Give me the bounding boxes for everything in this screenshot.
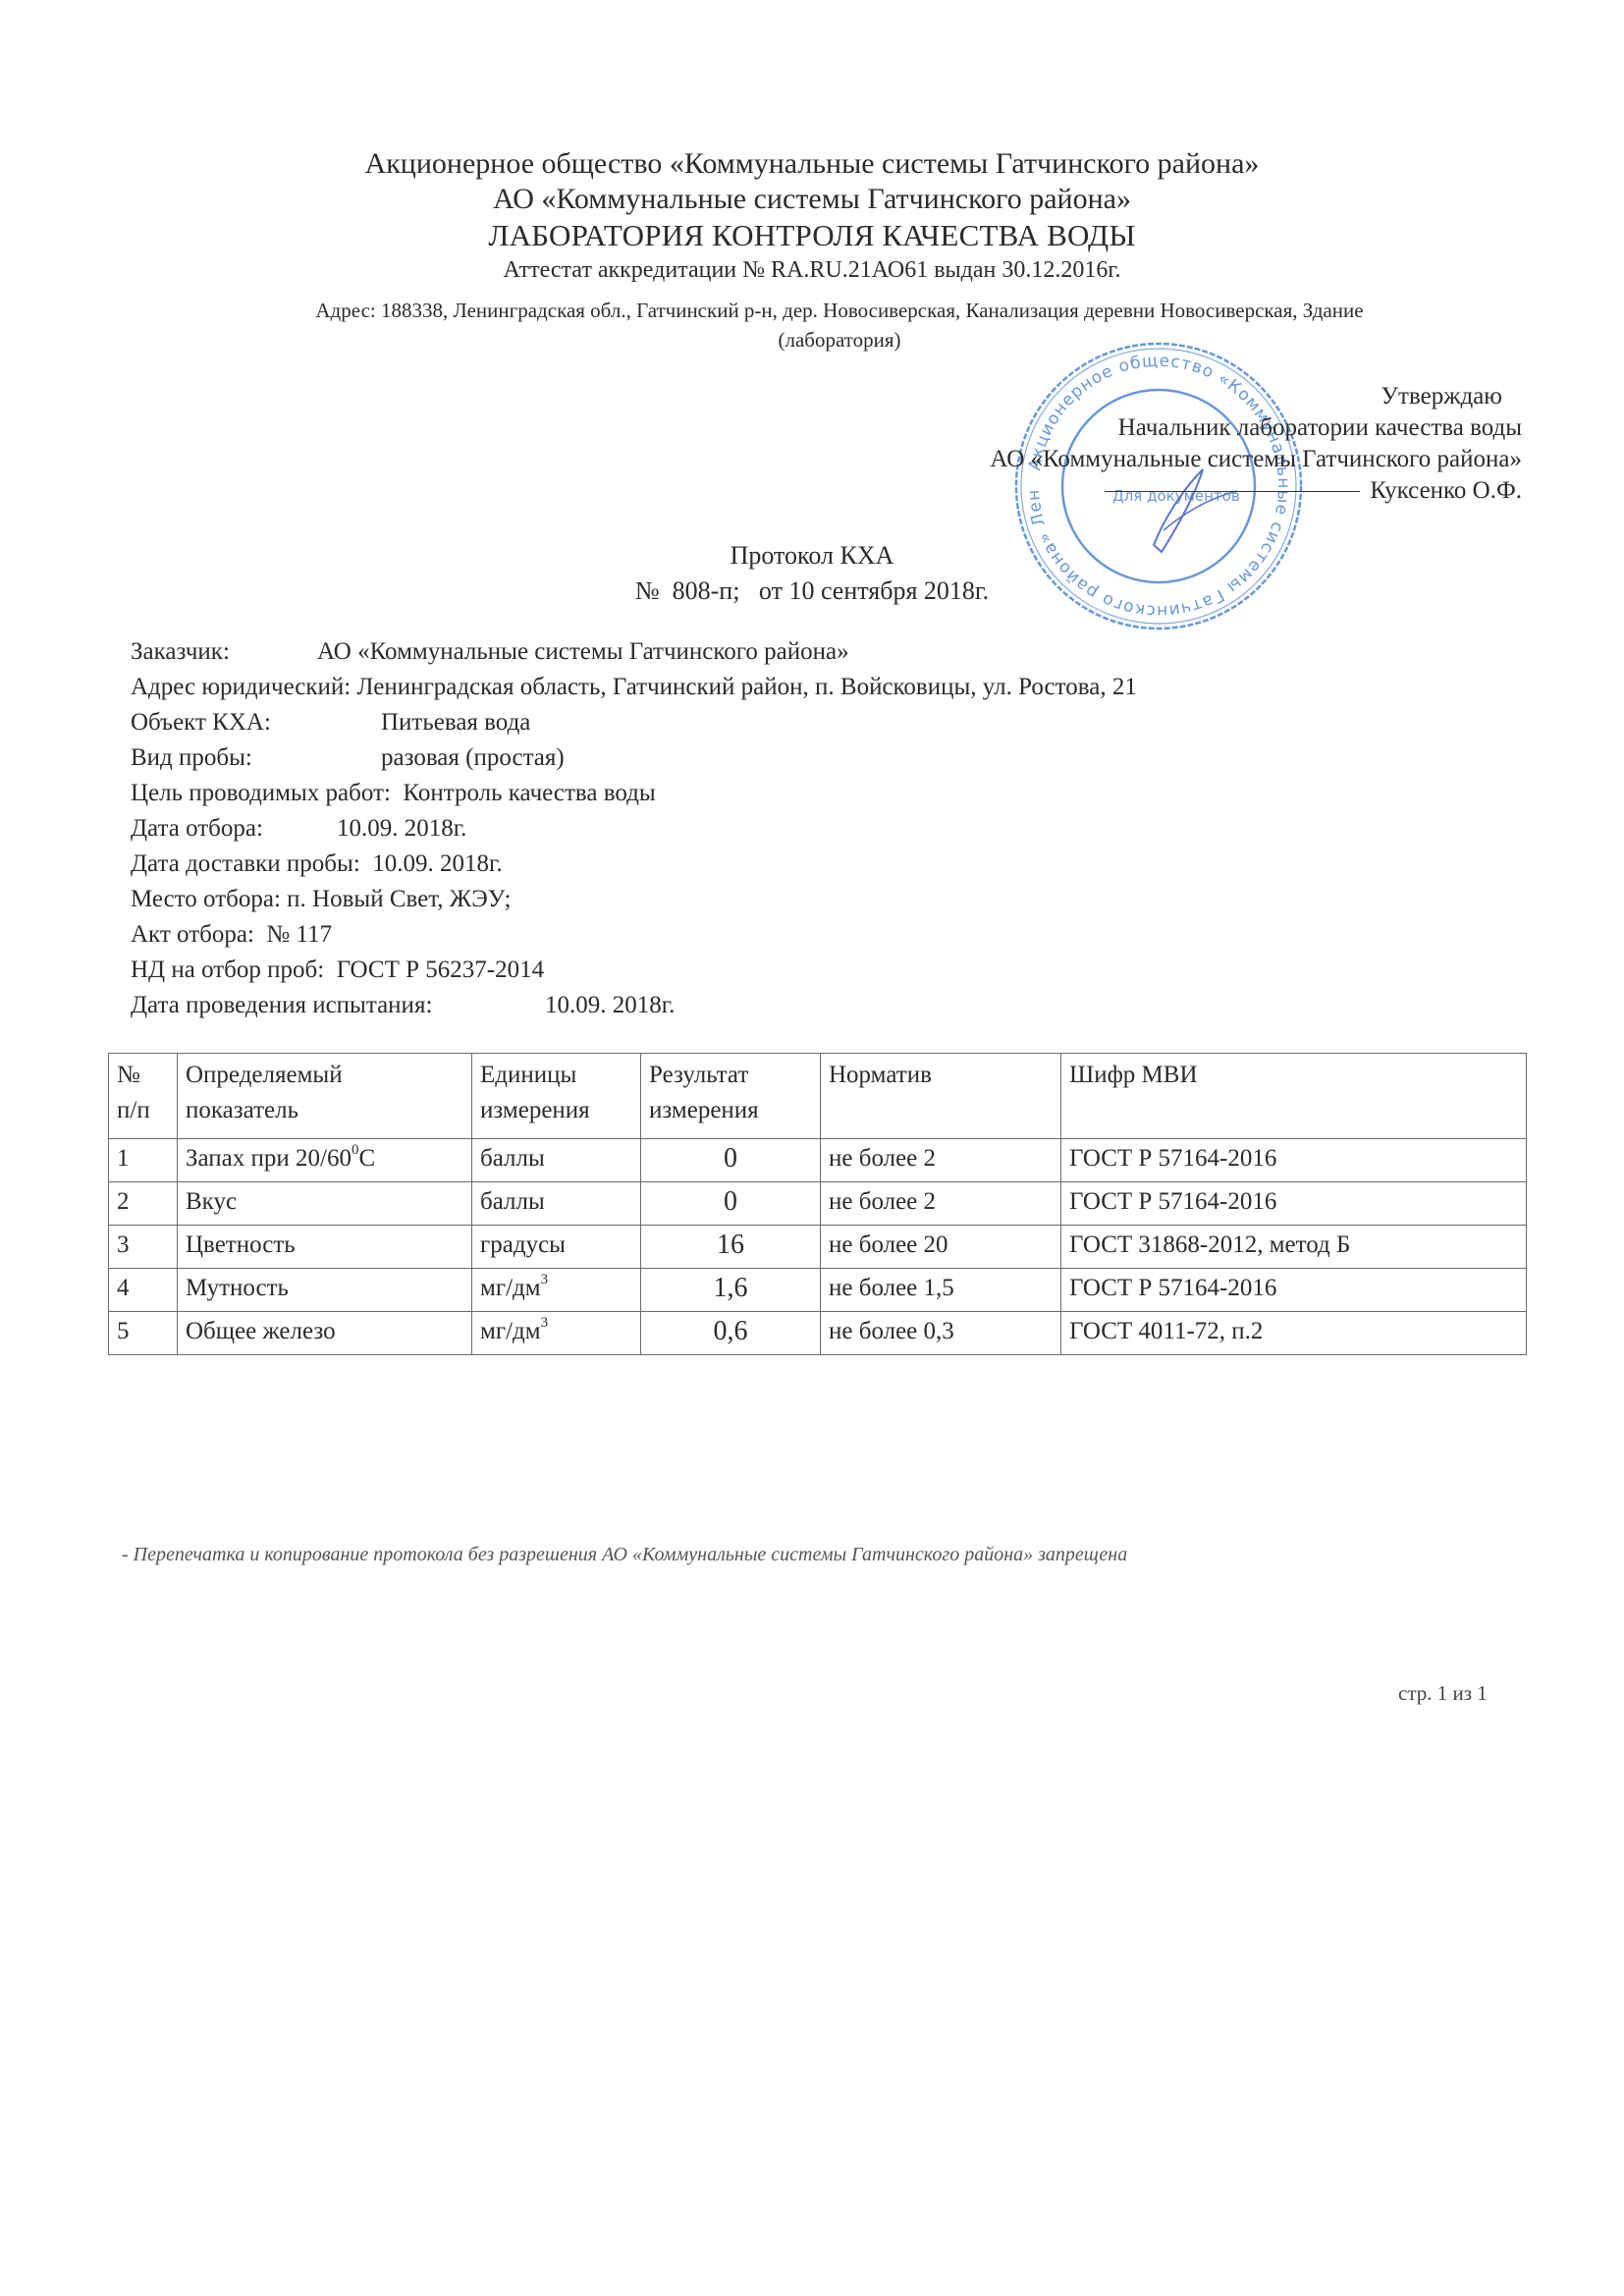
header-method: Шифр МВИ [1061,1054,1527,1139]
cell-method: ГОСТ Р 57164-2016 [1061,1269,1527,1312]
signature-line: Куксенко О.Ф. [990,475,1522,507]
cell-norm: не более 2 [821,1182,1061,1226]
sampling-date-row: Дата отбора:10.09. 2018г. [131,811,1137,847]
sample-type-value: разовая (простая) [381,744,565,771]
approve-word: Утверждаю [990,381,1522,412]
organization-full-name: Акционерное общество «Коммунальные систе… [0,147,1624,181]
cell-units: баллы [472,1139,641,1182]
nd-value: ГОСТ Р 56237-2014 [337,957,544,983]
cell-result: 0,6 [641,1312,821,1355]
purpose-label: Цель проводимых работ: [131,780,391,806]
nd-label: НД на отбор проб: [131,957,324,983]
cell-indicator: Вкус [178,1182,472,1226]
cell-method: ГОСТ Р 57164-2016 [1061,1182,1527,1226]
header-norm: Норматив [821,1054,1061,1139]
table-row: 1Запах при 20/600Сбаллы0не более 2ГОСТ Р… [109,1139,1527,1182]
approver-name: Куксенко О.Ф. [1370,477,1522,504]
delivery-date-label: Дата доставки пробы: [131,850,360,877]
legal-address-row: Адрес юридический: Ленинградская область… [131,670,1137,705]
cell-indicator: Цветность [178,1226,472,1269]
cell-number: 2 [109,1182,178,1226]
cell-number: 4 [109,1269,178,1312]
delivery-date-row: Дата доставки пробы: 10.09. 2018г. [131,847,1137,882]
sample-info: Заказчик:АО «Коммунальные системы Гатчин… [131,634,1137,1023]
cell-indicator: Общее железо [178,1312,472,1355]
signature-underline [1105,491,1360,492]
sampling-place-row: Место отбора: п. Новый Свет, ЖЭУ; [131,882,1137,917]
test-date-row: Дата проведения испытания:10.09. 2018г. [131,988,1137,1023]
delivery-date-value: 10.09. 2018г. [372,850,502,877]
cell-norm: не более 0,3 [821,1312,1061,1355]
object-label: Объект КХА: [131,705,381,740]
legal-address-value: Ленинградская область, Гатчинский район,… [356,674,1136,700]
table-row: 3Цветностьградусы16не более 20ГОСТ 31868… [109,1226,1527,1269]
cell-norm: не более 20 [821,1226,1061,1269]
cell-result: 0 [641,1182,821,1226]
purpose-value: Контроль качества воды [403,780,655,806]
protocol-header: Протокол КХА № 808-п; от 10 сентября 201… [0,538,1624,609]
customer-row: Заказчик:АО «Коммунальные системы Гатчин… [131,634,1137,670]
purpose-row: Цель проводимых работ: Контроль качества… [131,776,1137,811]
sampling-date-label: Дата отбора: [131,811,337,847]
cell-units: мг/дм3 [472,1269,641,1312]
cell-result: 1,6 [641,1269,821,1312]
cell-units: мг/дм3 [472,1312,641,1355]
cell-number: 5 [109,1312,178,1355]
sampling-act-value: № 117 [266,921,332,948]
approver-organization: АО «Коммунальные системы Гатчинского рай… [990,444,1522,475]
header-result: Результатизмерения [641,1054,821,1139]
header-indicator: Определяемыйпоказатель [178,1054,472,1139]
sampling-act-label: Акт отбора: [131,921,254,948]
test-date-label: Дата проведения испытания: [131,988,545,1023]
results-table: №п/п Определяемыйпоказатель Единицыизмер… [108,1053,1527,1355]
cell-result: 16 [641,1226,821,1269]
protocol-title: Протокол КХА [0,538,1624,574]
table-row: 4Мутностьмг/дм31,6не более 1,5ГОСТ Р 571… [109,1269,1527,1312]
accreditation-certificate: Аттестат аккредитации № RA.RU.21АО61 выд… [0,257,1624,284]
table-header-row: №п/п Определяемыйпоказатель Единицыизмер… [109,1054,1527,1139]
address-line-1: Адрес: 188338, Ленинградская обл., Гатчи… [177,296,1502,325]
sample-type-row: Вид пробы:разовая (простая) [131,740,1137,776]
page-number: стр. 1 из 1 [1398,1681,1488,1706]
header-number: №п/п [109,1054,178,1139]
object-row: Объект КХА:Питьевая вода [131,705,1137,740]
cell-number: 3 [109,1226,178,1269]
cell-units: баллы [472,1182,641,1226]
approver-position: Начальник лаборатории качества воды [990,412,1522,444]
object-value: Питьевая вода [381,709,530,736]
cell-result: 0 [641,1139,821,1182]
sampling-place-label: Место отбора: [131,886,281,912]
laboratory-name: ЛАБОРАТОРИЯ КОНТРОЛЯ КАЧЕСТВА ВОДЫ [0,218,1624,253]
legal-address-label: Адрес юридический: [131,674,351,700]
organization-short-name: АО «Коммунальные системы Гатчинского рай… [0,183,1624,216]
table-row: 5Общее железомг/дм30,6не более 0,3ГОСТ 4… [109,1312,1527,1355]
cell-method: ГОСТ 31868-2012, метод Б [1061,1226,1527,1269]
customer-value: АО «Коммунальные системы Гатчинского рай… [317,638,849,665]
cell-units: градусы [472,1226,641,1269]
sampling-place-value: п. Новый Свет, ЖЭУ; [287,886,511,912]
header-units: Единицыизмерения [472,1054,641,1139]
cell-indicator: Мутность [178,1269,472,1312]
cell-norm: не более 1,5 [821,1269,1061,1312]
sample-type-label: Вид пробы: [131,740,381,776]
cell-indicator: Запах при 20/600С [178,1139,472,1182]
approval-block: Утверждаю Начальник лаборатории качества… [990,381,1522,507]
nd-row: НД на отбор проб: ГОСТ Р 56237-2014 [131,953,1137,988]
sampling-date-value: 10.09. 2018г. [337,815,466,842]
test-date-value: 10.09. 2018г. [545,992,675,1018]
protocol-number: № 808-п; от 10 сентября 2018г. [0,574,1624,609]
cell-number: 1 [109,1139,178,1182]
cell-norm: не более 2 [821,1139,1061,1182]
table-row: 2Вкусбаллы0не более 2ГОСТ Р 57164-2016 [109,1182,1527,1226]
copyright-note: - Перепечатка и копирование протокола бе… [122,1544,1127,1566]
sampling-act-row: Акт отбора: № 117 [131,917,1137,953]
customer-label: Заказчик: [131,634,317,670]
cell-method: ГОСТ Р 57164-2016 [1061,1139,1527,1182]
cell-method: ГОСТ 4011-72, п.2 [1061,1312,1527,1355]
